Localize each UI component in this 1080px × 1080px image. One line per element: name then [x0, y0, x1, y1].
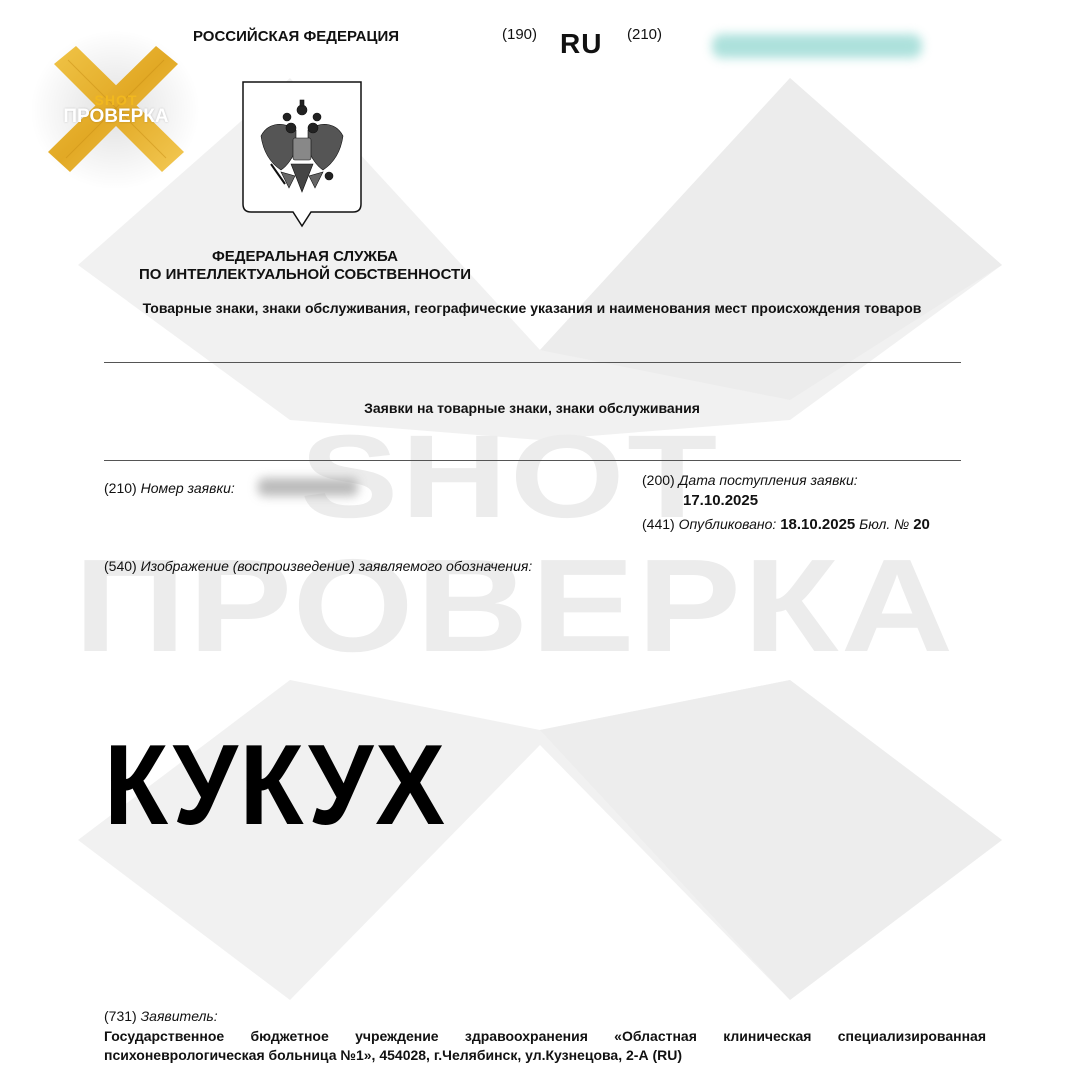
field-label: Изображение (воспроизведение) заявляемог…	[141, 558, 533, 574]
field-label: Заявитель:	[141, 1008, 218, 1024]
received-date-field: (200) Дата поступления заявки:	[642, 472, 858, 488]
divider	[104, 362, 961, 363]
applicant-line-2: психоневрологическая больница №1», 45402…	[104, 1046, 986, 1065]
inid-code: (441)	[642, 516, 675, 532]
applicant-field: (731) Заявитель:	[104, 1008, 218, 1024]
inid-code: (210)	[104, 480, 137, 496]
inid-code: (731)	[104, 1008, 137, 1024]
received-date-value: 17.10.2025	[683, 492, 758, 509]
applicant-value: Государственное бюджетное учреждение здр…	[104, 1027, 986, 1065]
published-field: (441) Опубликовано: 18.10.2025 Бюл. № 20	[642, 516, 930, 533]
registry-category: Товарные знаки, знаки обслуживания, геог…	[0, 300, 1064, 316]
divider	[104, 460, 961, 461]
application-number-field: (210) Номер заявки:	[104, 480, 235, 496]
trademark-wordmark: КУКУХ	[104, 720, 447, 851]
bulletin-number: 20	[913, 516, 930, 533]
inid-code-210: (210)	[627, 26, 662, 43]
redacted-document-number	[712, 34, 922, 58]
field-label: Номер заявки:	[141, 480, 235, 496]
agency-name-line1: ФЕДЕРАЛЬНАЯ СЛУЖБА	[0, 248, 610, 265]
coat-of-arms-icon	[241, 80, 363, 228]
published-date: 18.10.2025	[780, 516, 855, 533]
field-label: Дата поступления заявки:	[679, 472, 858, 488]
redacted-application-number	[258, 478, 358, 496]
agency-name-line2: ПО ИНТЕЛЛЕКТУАЛЬНОЙ СОБСТВЕННОСТИ	[0, 266, 610, 283]
inid-code-190: (190)	[502, 26, 537, 43]
shot-proverka-logo: SHOT ПРОВЕРКА	[48, 46, 184, 174]
section-title: Заявки на товарные знаки, знаки обслужив…	[0, 400, 1064, 416]
inid-code: (540)	[104, 558, 137, 574]
country-code: RU	[560, 28, 602, 60]
applicant-line-1: Государственное бюджетное учреждение здр…	[104, 1027, 986, 1046]
inid-code: (200)	[642, 472, 675, 488]
logo-proverka-text: ПРОВЕРКА	[48, 106, 184, 128]
image-field: (540) Изображение (воспроизведение) заяв…	[104, 558, 532, 574]
field-label: Опубликовано:	[679, 516, 777, 532]
bulletin-label: Бюл. №	[859, 516, 909, 532]
country-name: РОССИЙСКАЯ ФЕДЕРАЦИЯ	[193, 28, 399, 45]
